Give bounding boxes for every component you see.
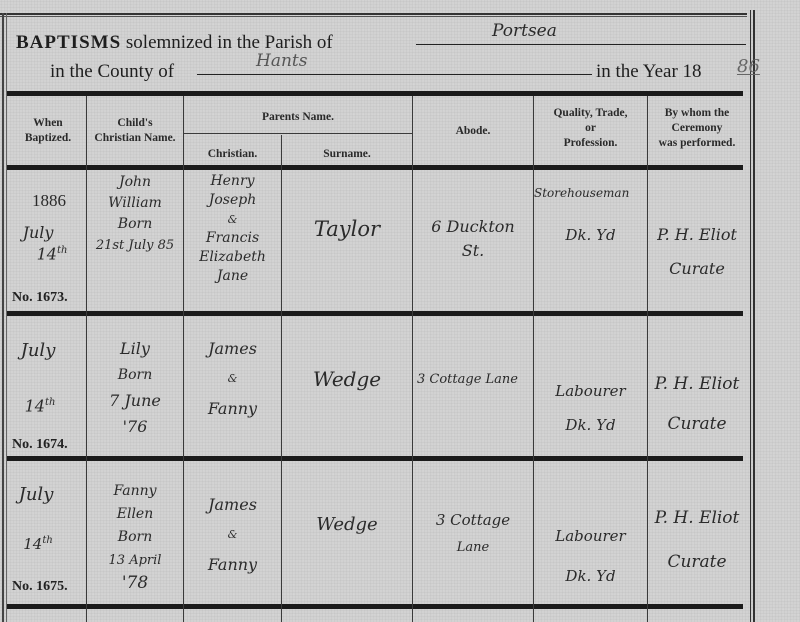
child-line: Fanny (87, 480, 183, 503)
entry-profession: Labourer Dk. Yd (534, 516, 647, 596)
abode-line: 6 Duckton (413, 215, 533, 239)
minister-line: Curate (648, 252, 746, 286)
frame-rule (0, 13, 747, 15)
entry-date-day: 14th (8, 530, 68, 555)
entry-year: 1886 (14, 190, 84, 212)
entry-parents-christian: James & Fanny (184, 490, 281, 580)
entry-child-name: John William Born 21st July 85 (87, 172, 183, 256)
parent-line: Joseph (184, 191, 281, 210)
entry-number: No. 1673. (12, 290, 68, 306)
entry-surname: Wedge (282, 514, 412, 536)
parent-line: & (184, 210, 281, 229)
entry-date-month: July (6, 484, 66, 506)
frame-rule (753, 10, 755, 622)
date-day: 14 (25, 396, 45, 415)
entry-date-day: 14th (10, 392, 70, 417)
header-child-name: Child's Christian Name. (87, 116, 183, 146)
parent-line: & (184, 364, 281, 394)
year-label: in the Year 18 (596, 61, 702, 83)
parent-line: James (184, 334, 281, 364)
child-line: 21st July 85 (87, 235, 183, 256)
parent-line: Elizabeth (184, 248, 281, 267)
entry-parents-christian: James & Fanny (184, 334, 281, 424)
frame-rule (0, 16, 747, 17)
heading-caps: BAPTISMS (16, 32, 121, 53)
date-suffix: th (57, 245, 67, 256)
profession-line: Labourer (534, 374, 647, 408)
abode-line: St. (413, 239, 533, 263)
abode-line: Lane (413, 534, 533, 562)
parent-line: James (184, 490, 281, 520)
parents-subrule (184, 133, 412, 134)
parish-value: Portsea (492, 21, 557, 41)
minister-line: P. H. Eliot (648, 364, 746, 404)
entry-parents-christian: Henry Joseph & Francis Elizabeth Jane (184, 172, 281, 286)
parent-line: Fanny (184, 550, 281, 580)
date-day: 14 (23, 535, 42, 553)
header-performed-by: By whom the Ceremony was performed. (648, 106, 746, 151)
minister-line: Curate (648, 404, 746, 444)
entry-date-month: July (8, 340, 68, 362)
row-rule (7, 311, 743, 316)
parent-line: & (184, 520, 281, 550)
date-suffix: th (42, 535, 52, 546)
entry-performed-by: P. H. Eliot Curate (648, 364, 746, 444)
child-line: '76 (87, 414, 183, 440)
profession-line: Dk. Yd (534, 408, 647, 442)
entry-surname: Taylor (282, 218, 412, 240)
child-line: 7 June (87, 388, 183, 414)
child-line: William (87, 193, 183, 214)
parent-line: Henry (184, 172, 281, 191)
entry-date-day: 14th (22, 240, 82, 265)
profession-line: Labourer (534, 516, 647, 556)
entry-child-name: Lily Born 7 June '76 (87, 336, 183, 440)
entry-number: No. 1675. (12, 579, 68, 595)
entry-surname: Wedge (282, 368, 412, 390)
profession-line: Dk. Yd (534, 222, 647, 248)
child-line: 13 April (87, 549, 183, 572)
entry-performed-by: P. H. Eliot Curate (648, 218, 746, 286)
header-parents-christian: Christian. (184, 147, 281, 162)
header-bottom-rule (7, 165, 743, 170)
year-value: 86 (737, 56, 760, 77)
minister-line: P. H. Eliot (648, 218, 746, 252)
entry-abode: 3 Cottage Lane (413, 369, 537, 391)
entry-abode: 3 Cottage Lane (413, 506, 533, 562)
frame-rule (6, 13, 7, 622)
minister-line: Curate (648, 540, 746, 584)
county-label: in the County of (50, 61, 174, 83)
entry-number: No. 1674. (12, 437, 68, 453)
county-value: Hants (256, 51, 307, 71)
child-line: Lily (87, 336, 183, 362)
date-day: 14 (37, 244, 57, 263)
header-parents-surname: Surname. (282, 147, 412, 162)
parish-blank (416, 22, 746, 45)
profession-line: Dk. Yd (534, 556, 647, 596)
date-suffix: th (45, 397, 55, 408)
entry-child-name: Fanny Ellen Born 13 April '78 (87, 480, 183, 595)
row-rule (7, 604, 743, 609)
header-abode: Abode. (413, 124, 533, 139)
parent-line: Jane (184, 267, 281, 286)
row-rule (7, 456, 743, 461)
entry-abode: 6 Duckton St. (413, 215, 533, 263)
entry-profession: Storehouseman Dk. Yd (534, 180, 647, 248)
profession-line: Storehouseman (534, 180, 647, 206)
register-page: BAPTISMS solemnized in the Parish of Por… (0, 0, 800, 622)
header-top-rule (7, 91, 743, 96)
child-line: Born (87, 362, 183, 388)
parent-line: Fanny (184, 394, 281, 424)
child-line: John (87, 172, 183, 193)
entry-profession: Labourer Dk. Yd (534, 374, 647, 442)
frame-rule (2, 13, 4, 622)
child-line: '78 (87, 572, 183, 595)
child-line: Born (87, 526, 183, 549)
minister-line: P. H. Eliot (648, 496, 746, 540)
child-line: Ellen (87, 503, 183, 526)
child-line: Born (87, 214, 183, 235)
abode-line: 3 Cottage Lane (417, 369, 537, 391)
header-when-baptized: When Baptized. (10, 116, 86, 146)
entry-performed-by: P. H. Eliot Curate (648, 496, 746, 584)
header-profession: Quality, Trade, or Profession. (534, 106, 647, 151)
header-parents-name: Parents Name. (184, 110, 412, 125)
parent-line: Francis (184, 229, 281, 248)
heading-rest: solemnized in the Parish of (126, 32, 333, 53)
abode-line: 3 Cottage (413, 506, 533, 534)
frame-rule (750, 10, 751, 622)
